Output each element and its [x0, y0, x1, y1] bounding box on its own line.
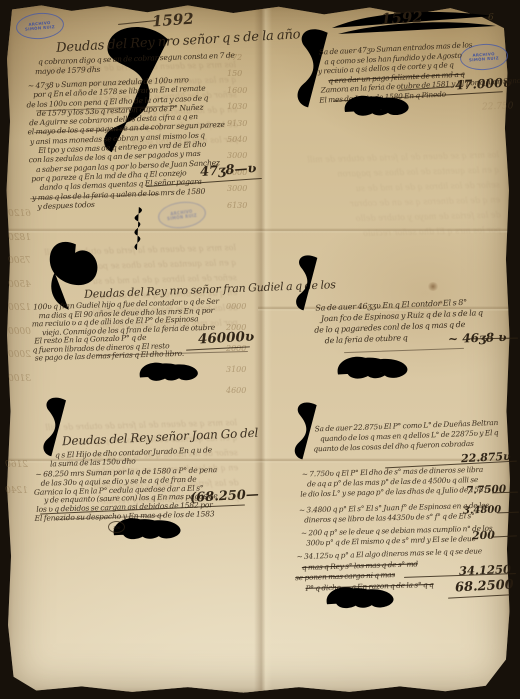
entry-body: ~ 47ʒ8 ʋ Suman por una zedula de 100ʋ mr… — [28, 73, 259, 212]
circled-note: 150 — [108, 521, 125, 533]
manuscript-photo: los mrs q se deuen de la feria de otubre… — [0, 0, 520, 699]
cancellation-scribble — [100, 352, 260, 392]
bleedthrough-number-column: 21601240 — [5, 452, 28, 504]
bleedthrough-number: 6120 — [8, 203, 31, 227]
bleedthrough-number: 4500 — [8, 274, 31, 298]
calligraphic-initial-s — [38, 393, 72, 459]
center-fold-crease — [254, 4, 272, 694]
archive-stamp-text: ARCHIVO SIMÓN RUIZ — [25, 20, 56, 32]
year-right: 1592 — [381, 8, 424, 28]
bleedthrough-text: los mrs q se deuen de la feria de otubre… — [299, 147, 501, 242]
bleedthrough-number: 3100 — [8, 368, 31, 392]
ink-stain — [427, 282, 439, 291]
bleedthrough-number: 1240 — [5, 478, 28, 504]
margin-amount: 46000ʋ — [198, 329, 255, 348]
folio-number: 6 — [488, 13, 494, 23]
margin-amount: 3.4800 — [463, 504, 502, 516]
year-left: 1592 — [151, 10, 194, 31]
cancellation-scribble — [286, 344, 486, 392]
margin-amount: 7.7500 — [466, 483, 507, 496]
archive-stamp-text: ARCHIVO SIMÓN RUIZ — [167, 209, 198, 222]
cancellation-scribble — [278, 575, 468, 621]
bleedthrough-number: 0000 — [8, 321, 31, 345]
bleedthrough-number-column: 61201820750045001200000020003100 — [8, 203, 31, 391]
bleedthrough-number: 7500 — [8, 250, 31, 274]
cancellation-scribble — [278, 84, 500, 128]
cancellation-scribble — [65, 506, 255, 552]
vertical-squiggle-flourish — [126, 204, 148, 254]
bleedthrough-number: 1200 — [8, 297, 31, 321]
bleedthrough-number: 2000 — [8, 344, 31, 368]
bleedthrough-number: 2160 — [5, 452, 28, 478]
margin-amount: 200 — [472, 529, 495, 543]
bleedthrough-number: 1820 — [8, 227, 31, 251]
circled-note-text: 150 — [113, 525, 121, 530]
